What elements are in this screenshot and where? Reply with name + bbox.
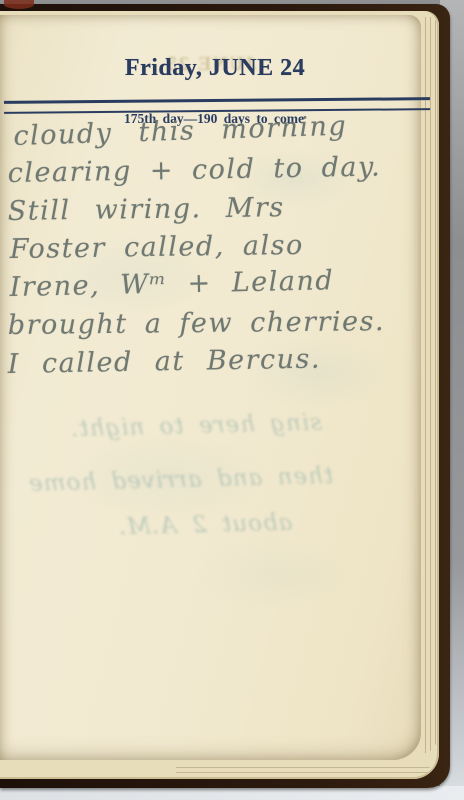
bleedthrough-line: about 2 A.M. xyxy=(118,510,293,541)
handwriting-line: clearing + cold to day. xyxy=(7,151,381,189)
scanner-background-bottom xyxy=(0,786,464,800)
page-edge-lines-bottom xyxy=(176,765,431,777)
page-title: Friday, JUNE 24 xyxy=(0,55,430,82)
cover-wear-spot xyxy=(4,0,34,9)
handwriting-line: Still wiring. Mrs xyxy=(8,192,285,227)
diary-page: JUNE 25 Friday, JUNE 24 175th day—190 da… xyxy=(0,15,421,760)
bleedthrough-line: sing here to night. xyxy=(70,410,323,443)
day-counter: 175th day—190 days to come xyxy=(0,111,428,127)
handwriting-line: Foster called, also xyxy=(10,230,304,265)
handwriting-line: I called at Bercus. xyxy=(7,344,321,380)
handwriting-line: Irene, Wᵐ + Leland xyxy=(9,265,334,303)
page-edge-lines-right xyxy=(421,17,437,754)
diary-scan: JUNE 25 Friday, JUNE 24 175th day—190 da… xyxy=(0,0,464,800)
handwriting-line: brought a few cherries. xyxy=(8,306,385,341)
bleedthrough-line: then and arrived home xyxy=(28,463,334,497)
